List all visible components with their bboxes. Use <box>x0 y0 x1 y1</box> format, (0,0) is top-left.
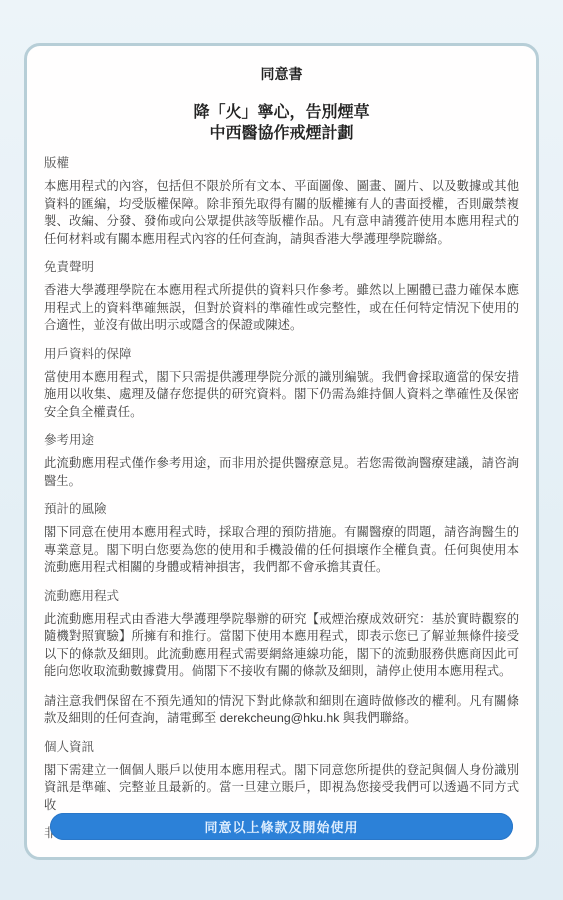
section-heading-disclaimer: 免責聲明 <box>44 261 519 274</box>
program-title-line1: 降「火」寧心，告別煙草 <box>44 102 519 123</box>
agree-and-start-button[interactable]: 同意以上條款及開始使用 <box>50 813 513 840</box>
section-paragraph: 此流動應用程式由香港大學護理學院舉辦的研究【戒煙治療成效研究：基於實時觀察的隨機… <box>44 611 519 681</box>
section-heading-anticipated-risks: 預計的風險 <box>44 503 519 516</box>
section-paragraph: 此流動應用程式僅作參考用途，而非用於提供醫療意見。若您需徵詢醫療建議，請咨詢醫生… <box>44 455 519 490</box>
section-user-data-protection: 用戶資料的保障 當使用本應用程式，閣下只需提供護理學院分派的識別編號。我們會採取… <box>44 348 519 422</box>
section-heading-copyright: 版權 <box>44 157 519 170</box>
section-paragraph: 當使用本應用程式，閣下只需提供護理學院分派的識別編號。我們會採取適當的保安措施用… <box>44 369 519 422</box>
section-paragraph: 本應用程式的內容，包括但不限於所有文本、平面圖像、圖畫、圖片、以及數據或其他資料… <box>44 178 519 248</box>
section-heading-mobile-app: 流動應用程式 <box>44 590 519 603</box>
section-personal-info: 個人資訊 閣下需建立一個個人賬戶以使用本應用程式。閣下同意您所提供的登記與個人身… <box>44 741 519 815</box>
section-copyright: 版權 本應用程式的內容，包括但不限於所有文本、平面圖像、圖畫、圖片、以及數據或其… <box>44 157 519 248</box>
program-title: 降「火」寧心，告別煙草 中西醫協作戒煙計劃 <box>44 102 519 144</box>
section-paragraph-contact-email: 請注意我們保留在不預先通知的情況下對此條款和細則在適時做修改的權利。凡有關條款及… <box>44 693 519 728</box>
section-anticipated-risks: 預計的風險 閣下同意在使用本應用程式時，採取合理的預防措施。有關醫療的問題，請咨… <box>44 503 519 577</box>
page-title: 同意書 <box>44 66 519 82</box>
program-title-line2: 中西醫協作戒煙計劃 <box>44 123 519 144</box>
section-disclaimer: 免責聲明 香港大學護理學院在本應用程式所提供的資料只作參考。雖然以上團體已盡力確… <box>44 261 519 335</box>
consent-card: 同意書 降「火」寧心，告別煙草 中西醫協作戒煙計劃 版權 本應用程式的內容，包括… <box>24 43 539 860</box>
section-heading-reference-use: 參考用途 <box>44 434 519 447</box>
section-paragraph: 閣下同意在使用本應用程式時，採取合理的預防措施。有關醫療的問題，請咨詢醫生的專業… <box>44 524 519 577</box>
section-paragraph: 閣下需建立一個個人賬戶以使用本應用程式。閣下同意您所提供的登記與個人身份識別資訊… <box>44 762 519 815</box>
section-mobile-app: 流動應用程式 此流動應用程式由香港大學護理學院舉辦的研究【戒煙治療成效研究：基於… <box>44 590 519 728</box>
section-heading-personal-info: 個人資訊 <box>44 741 519 754</box>
consent-page: { "page": { "title": "同意書", "subtitle_li… <box>0 0 563 900</box>
section-paragraph: 香港大學護理學院在本應用程式所提供的資料只作參考。雖然以上團體已盡力確保本應用程… <box>44 282 519 335</box>
section-reference-use: 參考用途 此流動應用程式僅作參考用途，而非用於提供醫療意見。若您需徵詢醫療建議，… <box>44 434 519 490</box>
section-heading-user-data-protection: 用戶資料的保障 <box>44 348 519 361</box>
